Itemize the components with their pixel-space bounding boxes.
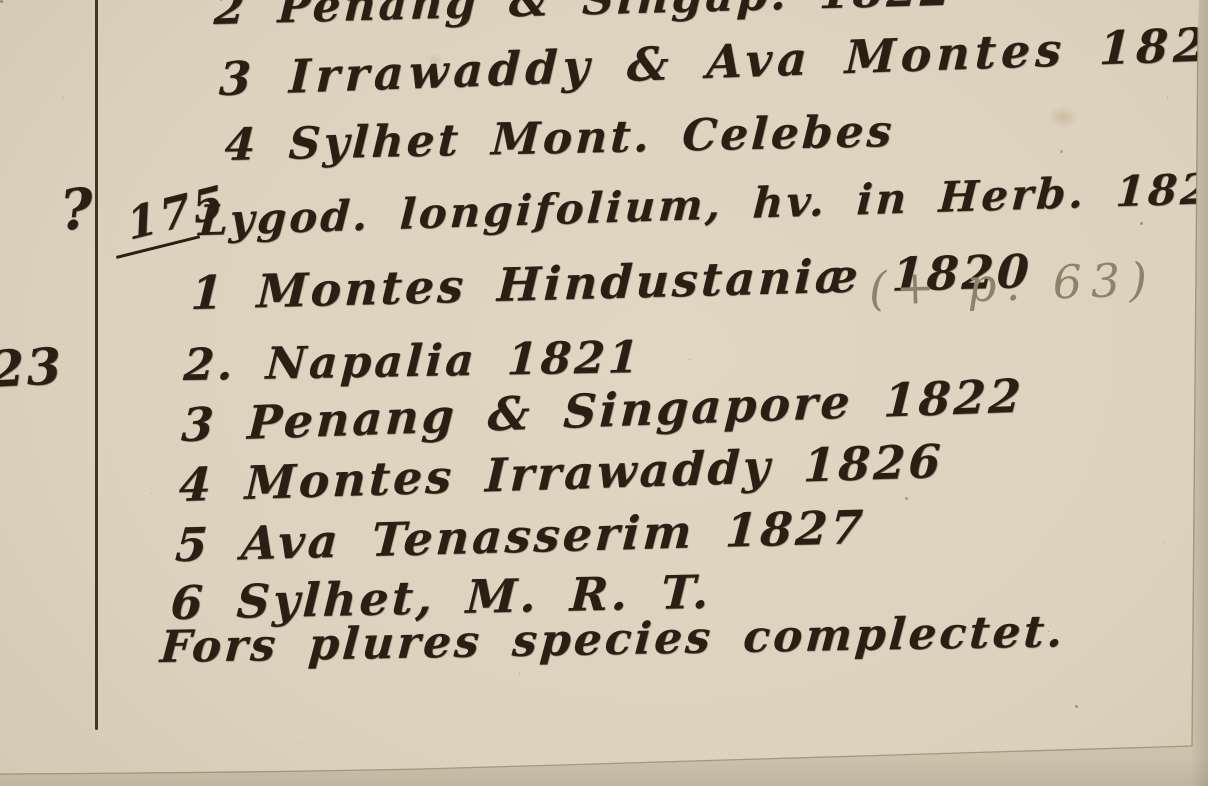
margin-rule-line [95, 0, 98, 730]
manuscript-line: 4 Sylhet Mont. Celebes [224, 106, 896, 171]
manuscript-line: 5 Ava Tenasserim 1827 [174, 500, 867, 572]
margin-cropped-number: 23 [0, 336, 65, 399]
manuscript-photo: ? 23 2 Penang & Singap. 1822 3 Irrawaddy… [0, 0, 1208, 786]
pencil-annotation: (+ p. 63) [868, 252, 1157, 316]
paper-speckles [0, 0, 3, 3]
manuscript-sheet: ? 23 2 Penang & Singap. 1822 3 Irrawaddy… [0, 0, 1208, 786]
manuscript-line: 2. Napalia 1821 [182, 332, 643, 391]
manuscript-line: Lygod. longifolium, hv. in Herb. 1823 [197, 163, 1208, 245]
margin-question-mark: ? [58, 176, 95, 244]
